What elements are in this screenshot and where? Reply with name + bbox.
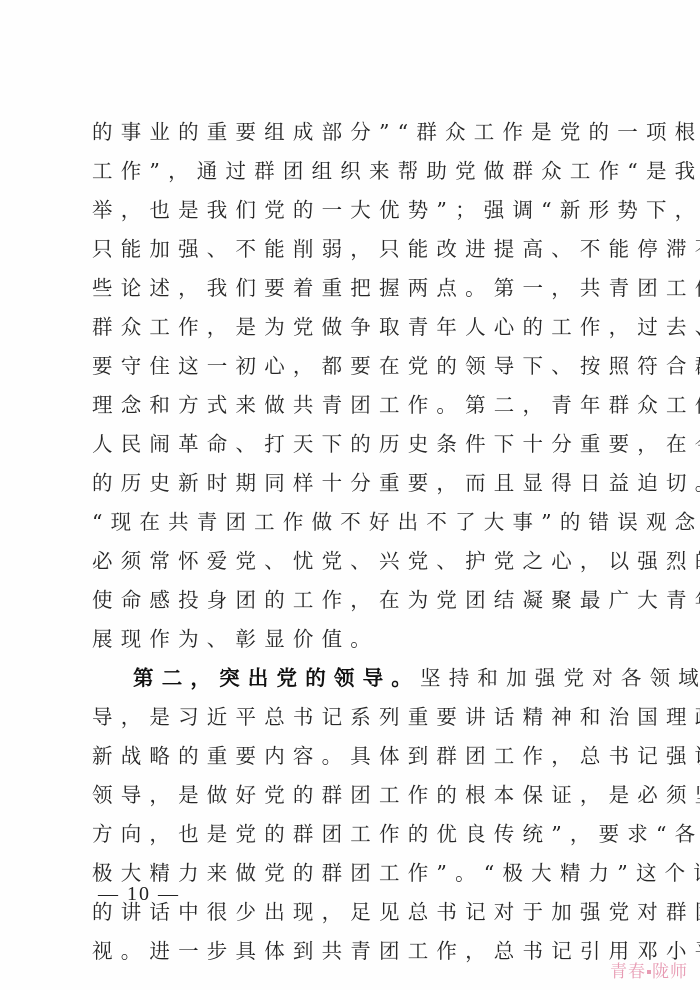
page-number: — 10 — (98, 883, 180, 906)
text-line: 举，也是我们党的一大优势”；强调“新形势下，党的群团工作 (92, 191, 622, 230)
text-line: 必须常怀爱党、忧党、兴党、护党之心，以强烈的政治责任感和 (92, 542, 622, 581)
text-line: 群众工作，是为党做争取青年人心的工作，过去、现在、将来都 (92, 308, 622, 347)
watermark-left: 青春 (610, 962, 646, 982)
watermark-right: 陇师 (652, 962, 688, 982)
text-line: 要守住这一初心，都要在党的领导下、按照符合群众工作特点的 (92, 347, 622, 386)
text-line: 些论述，我们要着重把握两点。第一，共青团工作本质上是党的 (92, 269, 622, 308)
watermark: 青春陇师 (610, 957, 688, 982)
document-body: 的事业的重要组成部分”“群众工作是党的一项根本性、基础性 工作”，通过群团组织来… (92, 113, 622, 971)
text-line: 的事业的重要组成部分”“群众工作是党的一项根本性、基础性 (92, 113, 622, 152)
text-line: 新战略的重要内容。具体到群团工作，总书记强调，“坚持党的 (92, 737, 622, 776)
text-span: 坚持和加强党对各领域工作的全面领 (420, 666, 700, 690)
text-line: 理念和方式来做共青团工作。第二，青年群众工作在当年党带领 (92, 386, 622, 425)
text-line: 工作”，通过群团组织来帮助党做群众工作“是我们党的一大创 (92, 152, 622, 191)
text-line: 使命感投身团的工作，在为党团结凝聚最广大青年的实际行动中 (92, 581, 622, 620)
section-heading: 第二，突出党的领导。 (133, 666, 420, 690)
text-line: 领导，是做好党的群团工作的根本保证，是必须坚持的正确政治 (92, 776, 622, 815)
text-line: 方向，也是党的群团工作的优良传统”，要求“各级党组织要用 (92, 815, 622, 854)
text-line: 的历史新时期同样十分重要，而且显得日益迫切。我们不能有 (92, 464, 622, 503)
text-line: “现在共青团工作做不好出不了大事”的错误观念和懈怠情绪， (92, 503, 622, 542)
text-line: 只能加强、不能削弱，只能改进提高、不能停滞不前”。理解这 (92, 230, 622, 269)
text-line: 导，是习近平总书记系列重要讲话精神和治国理政新理念新思想 (92, 698, 622, 737)
text-line: 视。进一步具体到共青团工作，总书记引用邓小平同志的话强 (92, 932, 622, 971)
text-line: 展现作为、彰显价值。 (92, 620, 622, 659)
paragraph-first-line: 第二，突出党的领导。坚持和加强党对各领域工作的全面领 (92, 659, 622, 698)
watermark-dot-icon (647, 970, 651, 974)
text-line: 人民闹革命、打天下的历史条件下十分重要，在今天党长期执政 (92, 425, 622, 464)
document-page: 的事业的重要组成部分”“群众工作是党的一项根本性、基础性 工作”，通过群团组织来… (0, 0, 700, 990)
